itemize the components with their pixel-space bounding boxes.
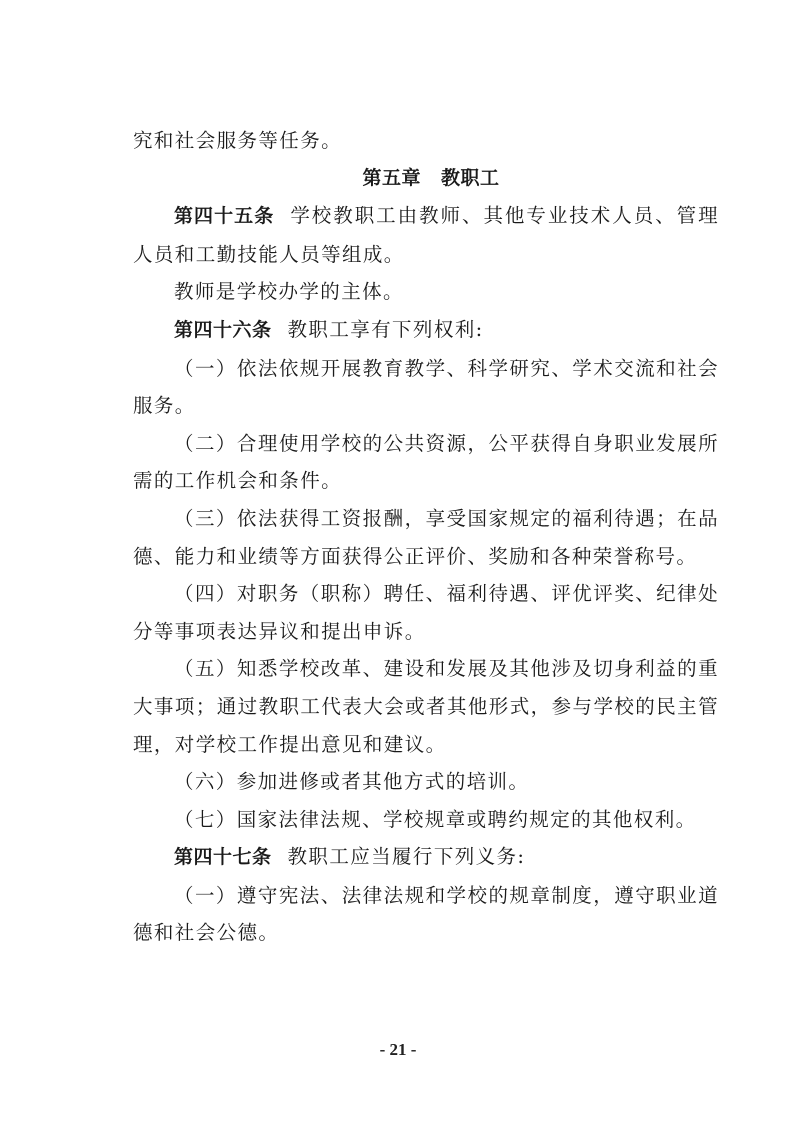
list-item: （三）依法获得工资报酬，享受国家规定的福利待遇；在品德、能力和业绩等方面获得公正… bbox=[133, 500, 719, 575]
list-item: （七）国家法律法规、学校规章或聘约规定的其他权利。 bbox=[133, 801, 719, 839]
chapter-heading: 第五章教职工 bbox=[133, 160, 719, 198]
chapter-number: 第五章 bbox=[362, 167, 421, 189]
list-item: （二）合理使用学校的公共资源，公平获得自身职业发展所需的工作机会和条件。 bbox=[133, 425, 719, 500]
document-body: 究和社会服务等任务。 第五章教职工 第四十五条学校教职工由教师、其他专业技术人员… bbox=[133, 122, 719, 952]
list-item: （五）知悉学校改革、建设和发展及其他涉及切身利益的重大事项；通过教职工代表大会或… bbox=[133, 650, 719, 763]
chapter-title: 教职工 bbox=[441, 167, 500, 189]
article-paragraph: 教师是学校办学的主体。 bbox=[133, 273, 719, 311]
article-label: 第四十五条 bbox=[174, 205, 274, 227]
article-label: 第四十七条 bbox=[174, 846, 272, 868]
article-46: 第四十六条教职工享有下列权利: bbox=[133, 311, 719, 350]
article-text: 教职工应当履行下列义务: bbox=[288, 845, 526, 868]
article-label: 第四十六条 bbox=[174, 319, 272, 341]
article-45: 第四十五条学校教职工由教师、其他专业技术人员、管理人员和工勤技能人员等组成。 bbox=[133, 197, 719, 273]
article-47: 第四十七条教职工应当履行下列义务: bbox=[133, 838, 719, 877]
list-item: （一）遵守宪法、法律法规和学校的规章制度，遵守职业道德和社会公德。 bbox=[133, 877, 719, 952]
document-page: 究和社会服务等任务。 第五章教职工 第四十五条学校教职工由教师、其他专业技术人员… bbox=[0, 0, 796, 1122]
list-item: （六）参加进修或者其他方式的培训。 bbox=[133, 763, 719, 801]
continuation-paragraph: 究和社会服务等任务。 bbox=[133, 122, 719, 160]
article-text: 教职工享有下列权利: bbox=[288, 318, 484, 341]
page-number: - 21 - bbox=[0, 1040, 796, 1060]
list-item: （一）依法依规开展教育教学、科学研究、学术交流和社会服务。 bbox=[133, 350, 719, 425]
list-item: （四）对职务（职称）聘任、福利待遇、评优评奖、纪律处分等事项表达异议和提出申诉。 bbox=[133, 575, 719, 650]
